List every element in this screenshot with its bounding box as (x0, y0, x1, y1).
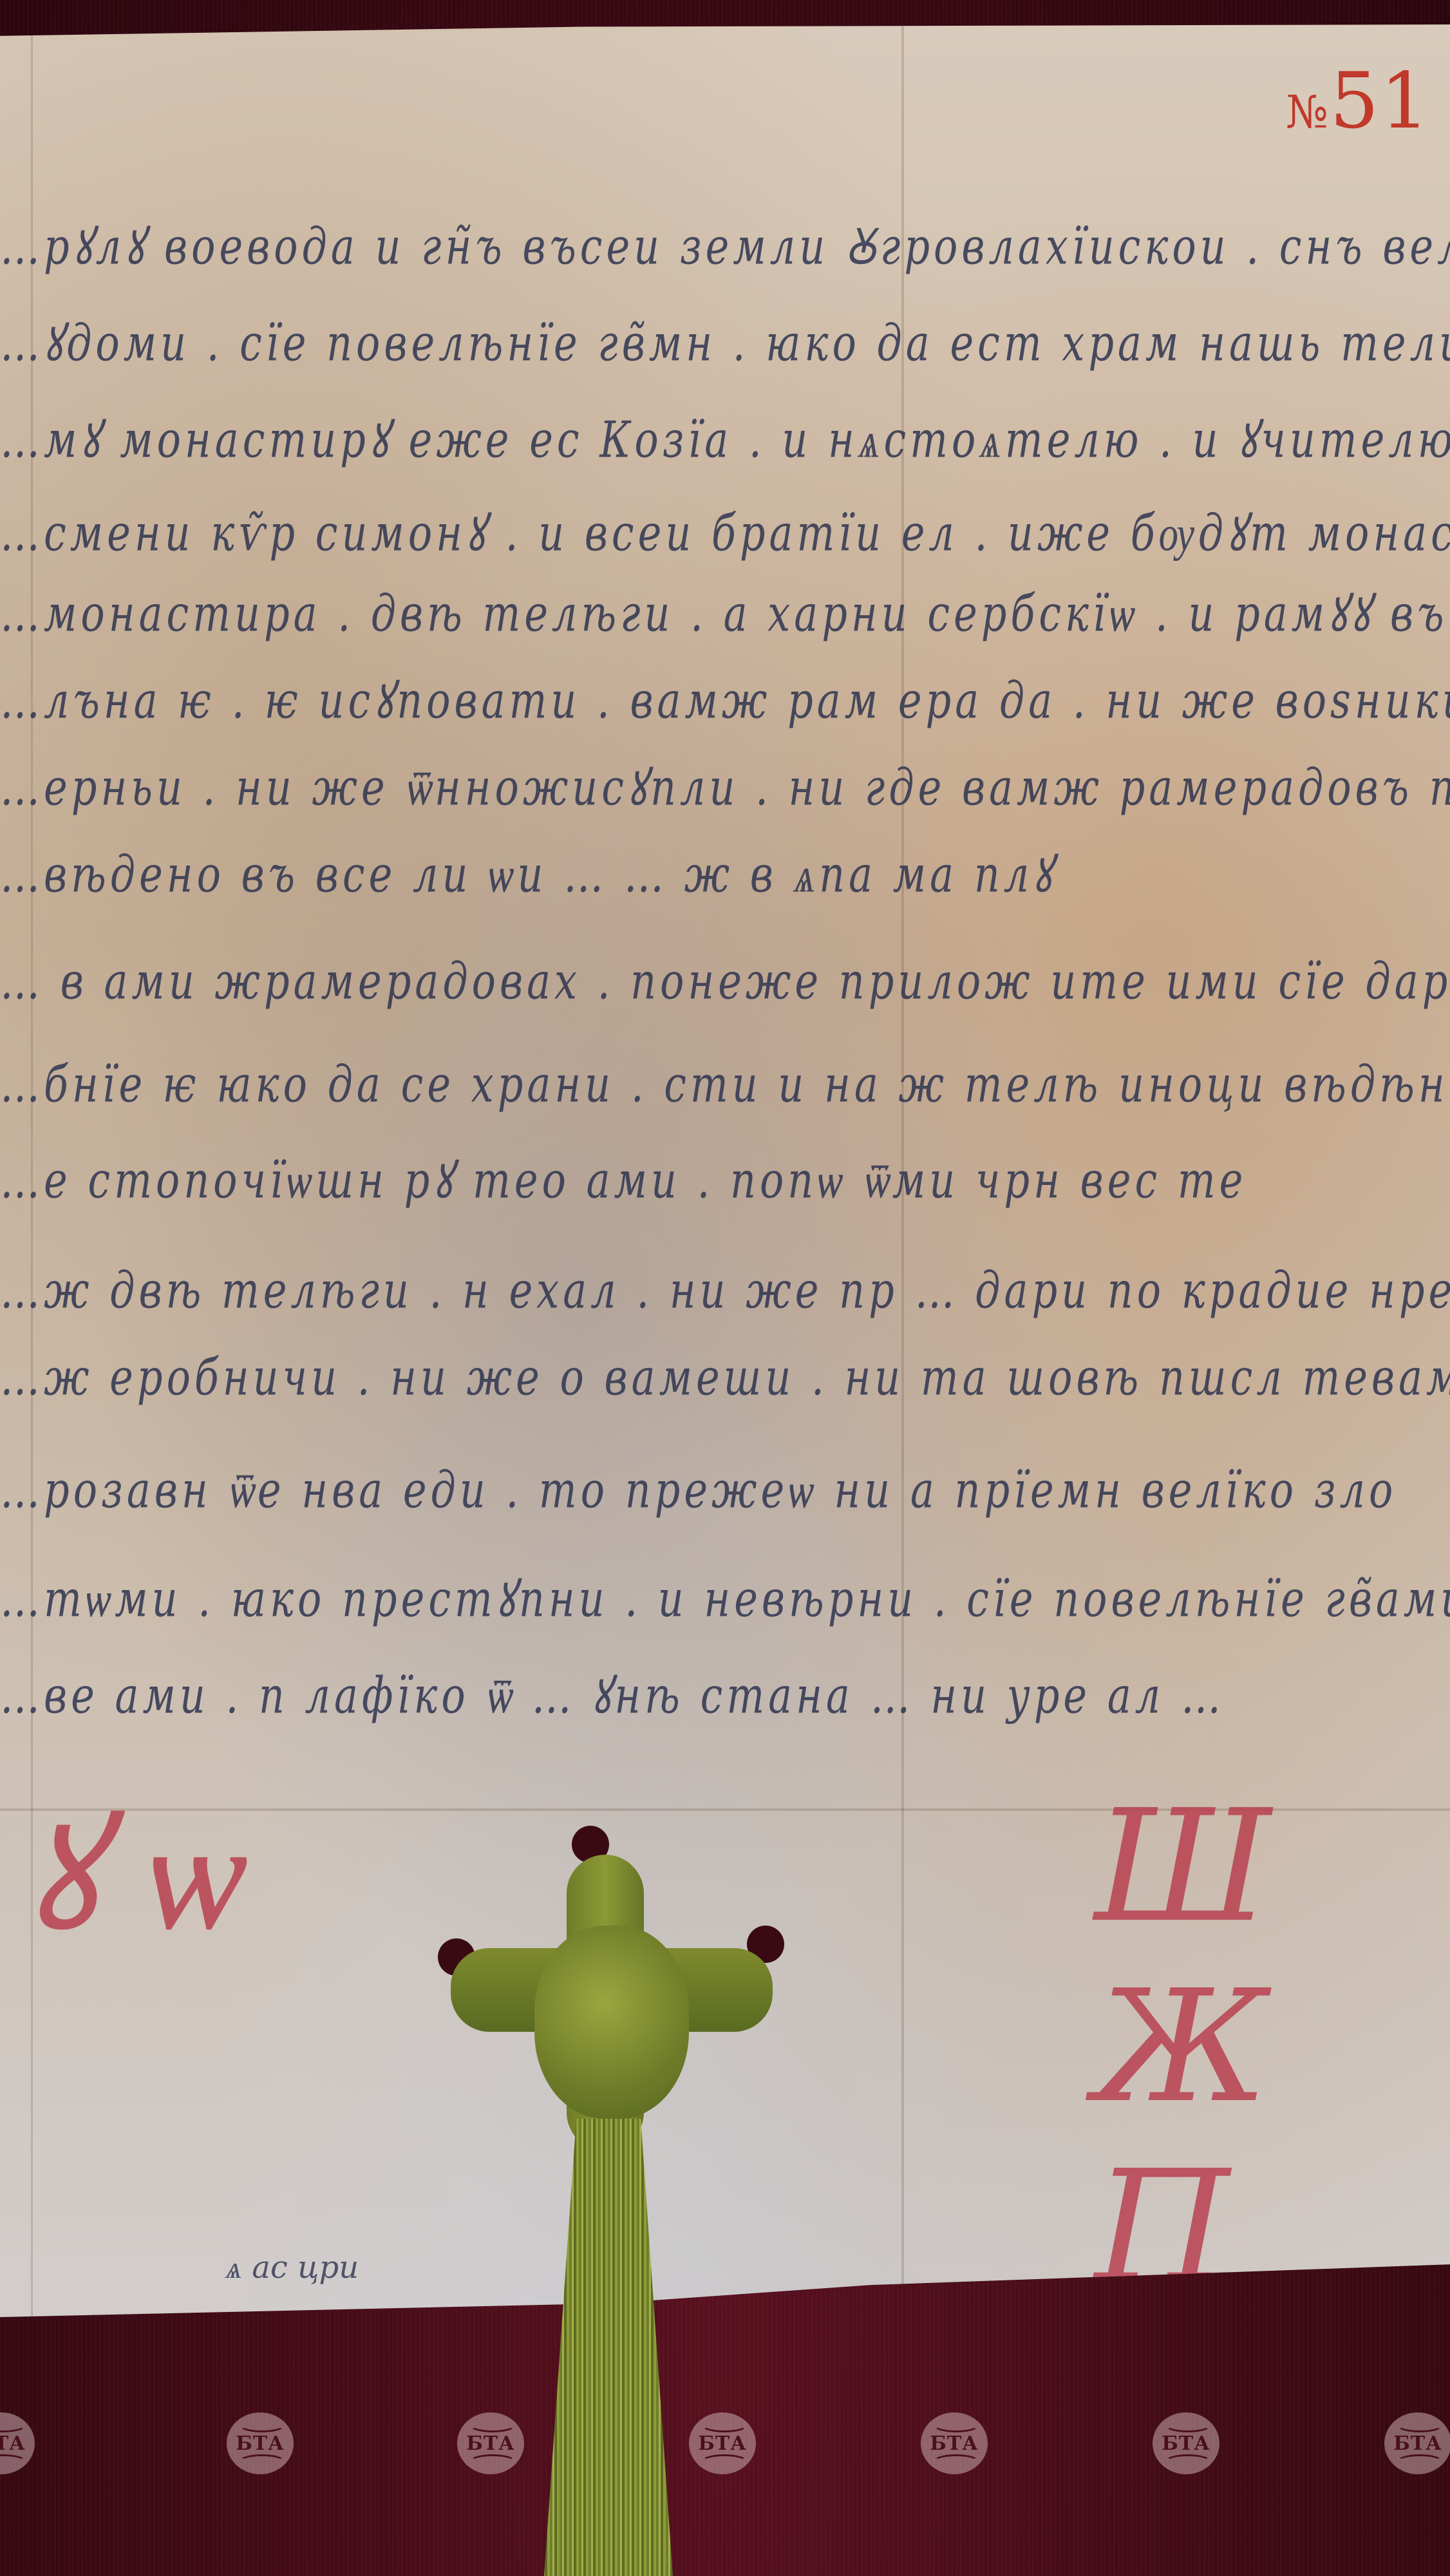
bta-watermark: БТА (457, 2412, 524, 2474)
text-line: …бнїе ѥ ꙗко да се храни . сти и на ж тел… (0, 1055, 1450, 1113)
text-line: …монастира . двѣ телѣги . а харни сербск… (0, 578, 1450, 646)
bta-watermark: БТА (689, 2412, 756, 2474)
bta-watermark: БТА (227, 2412, 294, 2474)
archive-number-stamp: №51 (1286, 57, 1431, 146)
archive-note: ѧ ас цри (225, 2249, 359, 2286)
text-line: …ж двѣ телѣги . н ехал . ни же пр … дари… (0, 1261, 1450, 1320)
bta-watermark: БТА (1153, 2412, 1219, 2474)
signature-monogram-right: Ш Ж П (1095, 1776, 1450, 2317)
text-line: …е стопочїѡшн рꙋ тео ами . попѡ ѿми чрн … (0, 1145, 1247, 1213)
text-line: …ꙋдоми . сїе повелѣнїе гв̃мн . ꙗко да ес… (0, 308, 1450, 375)
archive-number-value: 51 (1330, 57, 1431, 146)
text-line: …рꙋлꙋ воевода и гн̃ъ въсеи земли Ꙋгровла… (0, 211, 1450, 279)
bta-watermark: БТА (921, 2412, 988, 2474)
text-line: …розавн ѿе нва еди . то прежеѡ ни а прїе… (0, 1461, 1397, 1520)
text-line: …ж еробничи . ни же о вамеши . ни та шов… (0, 1348, 1450, 1408)
bta-watermark: БТА (1384, 2412, 1450, 2474)
text-line: …тѡми . ꙗко престꙋпни . и невѣрни . сїе … (0, 1564, 1450, 1631)
text-line: …смени кѵ̃р симонꙋ . и всеи братїи ел . … (0, 498, 1450, 565)
text-line: … в ами жрамерадовах . понеже прилож ите… (0, 952, 1450, 1010)
text-line: …ве ами . п лафїко ѿ … ꙋнѣ стана … ни ур… (0, 1660, 1225, 1728)
number-sign: № (1286, 86, 1330, 138)
cord-knot (534, 1926, 689, 2119)
signature-monogram-left: ꙋ ѡ (26, 1763, 246, 1974)
text-line: …вѣдено въ все ли ѡи … … ж в ѧпа ма плꙋ (0, 839, 1055, 907)
text-line: …лъна ѥ . ѥ исꙋповати . вамж рам ера да … (0, 665, 1450, 733)
text-line: …мꙋ монастирꙋ еже ес Козїа . и нѧстоѧтел… (0, 404, 1450, 472)
text-line: …ерньи . ни же ѿнножисꙋпли . ни где вамж… (0, 752, 1450, 820)
